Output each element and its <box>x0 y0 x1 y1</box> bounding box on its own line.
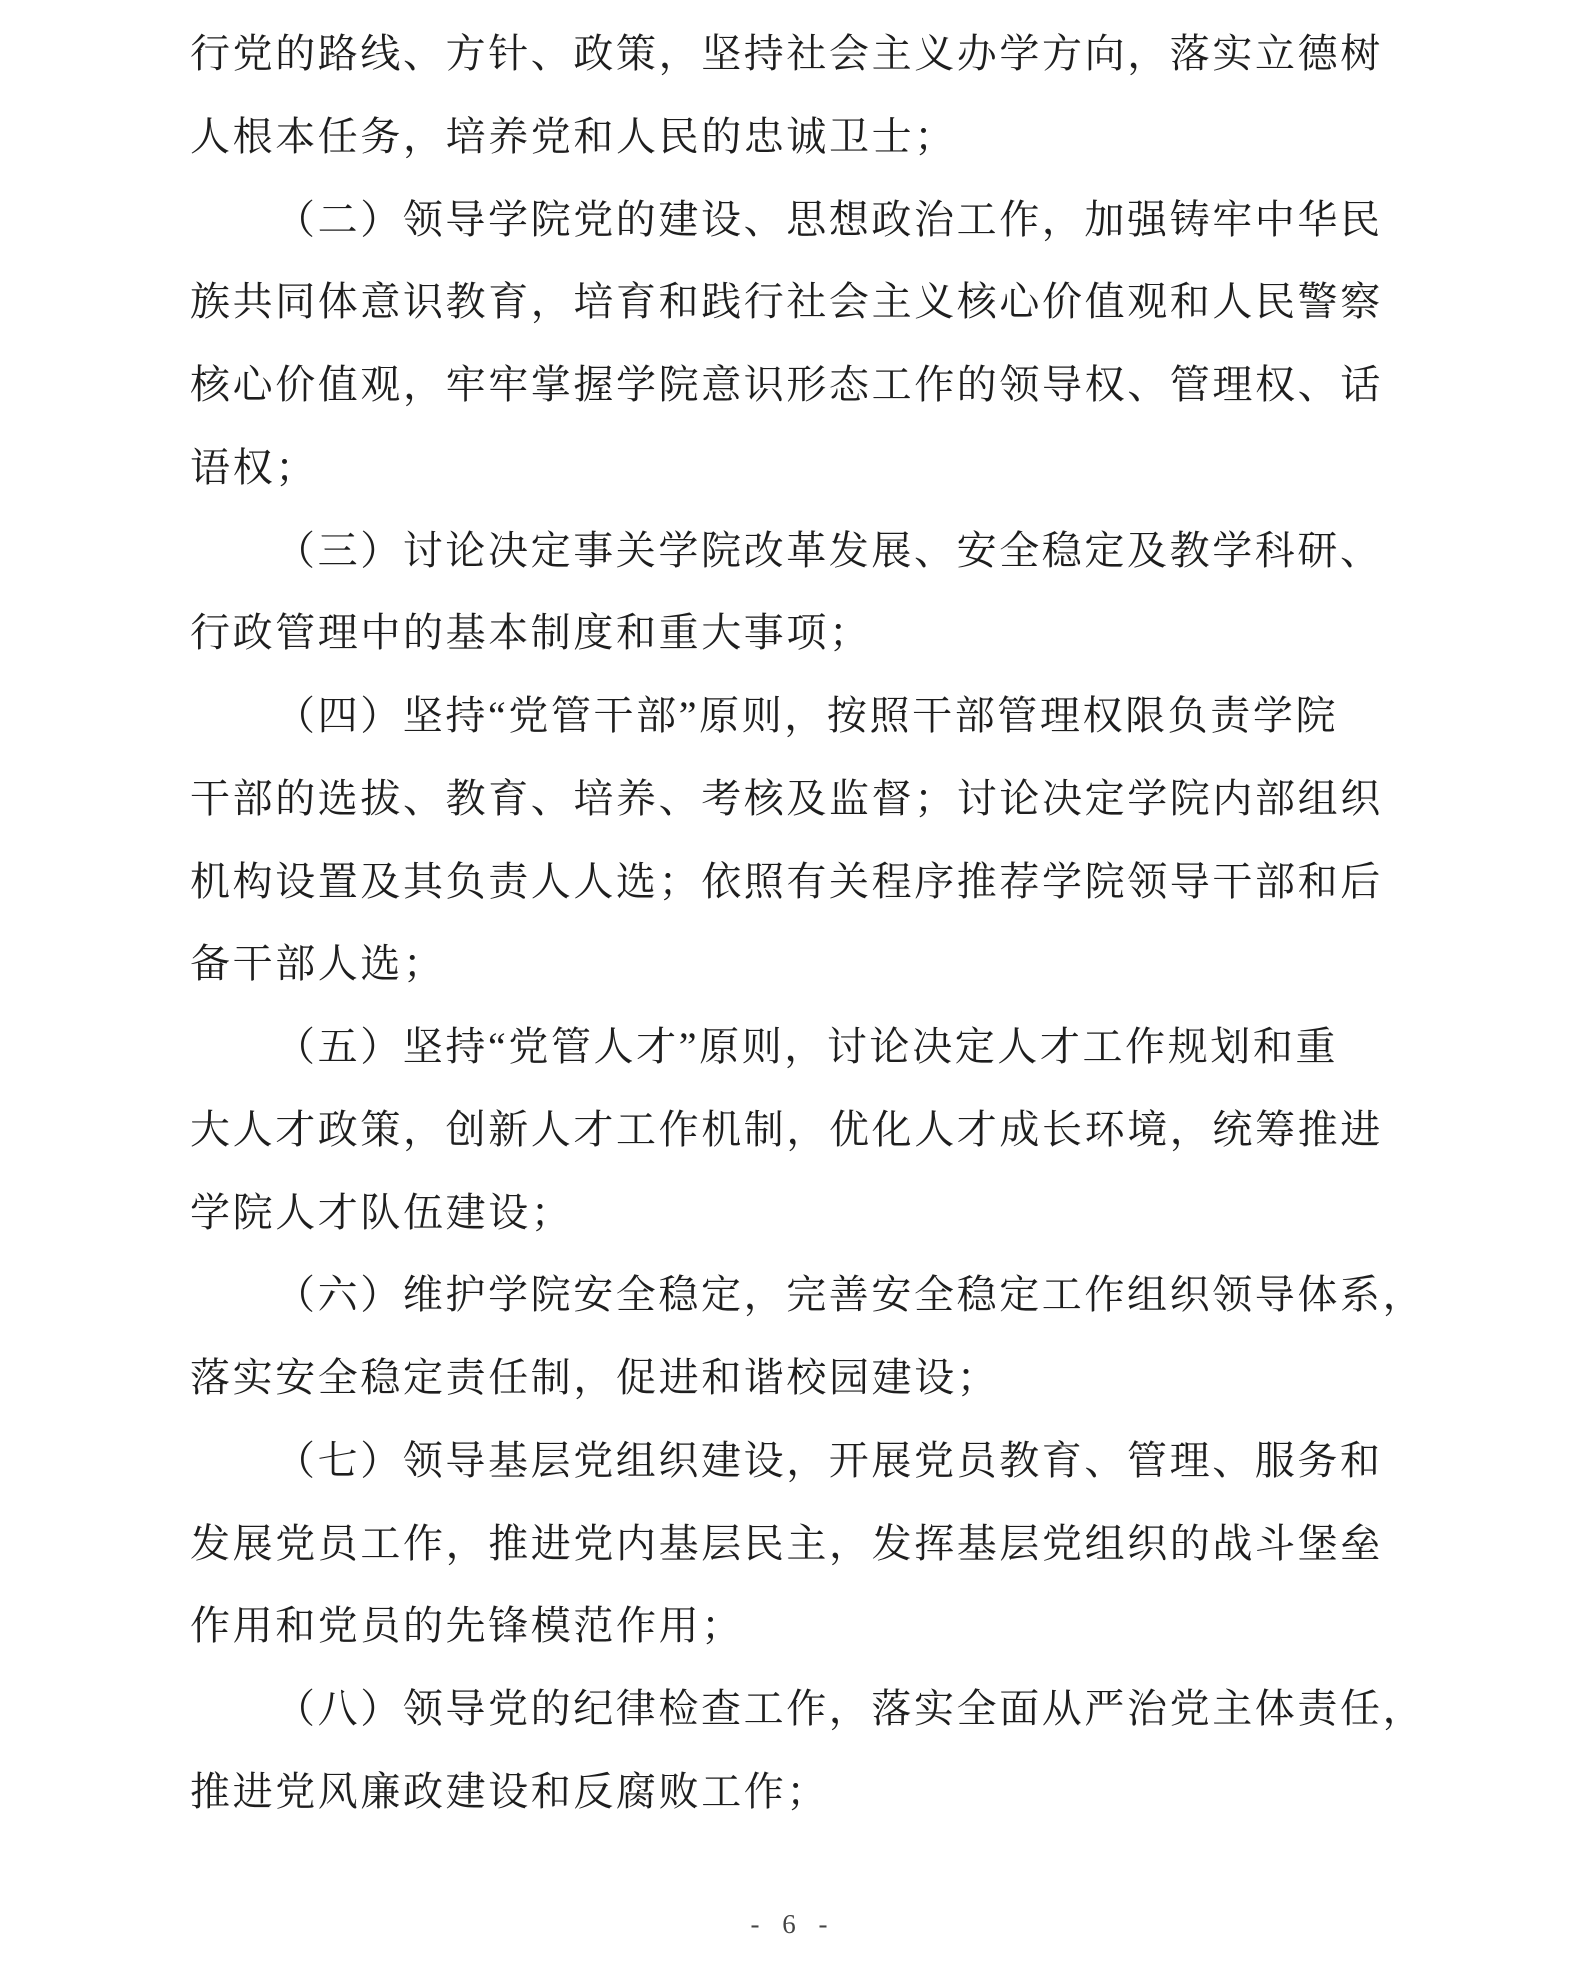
text-line: 族共同体意识教育，培育和践行社会主义核心价值观和人民警察 <box>190 261 1390 344</box>
paragraph-continued: 行党的路线、方针、政策，坚持社会主义办学方向，落实立德树 人根本任务，培养党和人… <box>190 13 1390 179</box>
document-page: 行党的路线、方针、政策，坚持社会主义办学方向，落实立德树 人根本任务，培养党和人… <box>0 0 1586 1964</box>
text-line: （七）领导基层党组织建设，开展党员教育、管理、服务和 <box>190 1420 1390 1503</box>
paragraph-item-3: （三）讨论决定事关学院改革发展、安全稳定及教学科研、 行政管理中的基本制度和重大… <box>190 510 1390 676</box>
text-line: （二）领导学院党的建设、思想政治工作，加强铸牢中华民 <box>190 179 1390 262</box>
text-line: 发展党员工作，推进党内基层民主，发挥基层党组织的战斗堡垒 <box>190 1503 1390 1586</box>
text-line: 行党的路线、方针、政策，坚持社会主义办学方向，落实立德树 <box>190 13 1390 96</box>
text-line: 核心价值观，牢牢掌握学院意识形态工作的领导权、管理权、话 <box>190 344 1390 427</box>
text-line: （五）坚持“党管人才”原则，讨论决定人才工作规划和重 <box>190 1006 1390 1089</box>
paragraph-item-8: （八）领导党的纪律检查工作，落实全面从严治党主体责任， 推进党风廉政建设和反腐败… <box>190 1668 1390 1834</box>
paragraph-item-5: （五）坚持“党管人才”原则，讨论决定人才工作规划和重 大人才政策，创新人才工作机… <box>190 1006 1390 1254</box>
paragraph-item-7: （七）领导基层党组织建设，开展党员教育、管理、服务和 发展党员工作，推进党内基层… <box>190 1420 1390 1668</box>
text-line: 学院人才队伍建设； <box>190 1172 1390 1255</box>
text-line: 推进党风廉政建设和反腐败工作； <box>190 1751 1390 1834</box>
text-line: 人根本任务，培养党和人民的忠诚卫士； <box>190 96 1390 179</box>
text-line: （三）讨论决定事关学院改革发展、安全稳定及教学科研、 <box>190 510 1390 593</box>
text-line: 备干部人选； <box>190 923 1390 1006</box>
page-number: - 6 - <box>693 1904 893 1944</box>
text-line: 机构设置及其负责人人选；依照有关程序推荐学院领导干部和后 <box>190 841 1390 924</box>
text-line: 作用和党员的先锋模范作用； <box>190 1585 1390 1668</box>
text-line: 语权； <box>190 427 1390 510</box>
text-line: 干部的选拔、教育、培养、考核及监督；讨论决定学院内部组织 <box>190 758 1390 841</box>
text-line: （六）维护学院安全稳定，完善安全稳定工作组织领导体系， <box>190 1254 1390 1337</box>
text-line: 行政管理中的基本制度和重大事项； <box>190 592 1390 675</box>
text-line: 大人才政策，创新人才工作机制，优化人才成长环境，统筹推进 <box>190 1089 1390 1172</box>
paragraph-item-6: （六）维护学院安全稳定，完善安全稳定工作组织领导体系， 落实安全稳定责任制，促进… <box>190 1254 1390 1420</box>
paragraph-item-2: （二）领导学院党的建设、思想政治工作，加强铸牢中华民 族共同体意识教育，培育和践… <box>190 179 1390 510</box>
paragraph-item-4: （四）坚持“党管干部”原则，按照干部管理权限负责学院 干部的选拔、教育、培养、考… <box>190 675 1390 1006</box>
text-line: （八）领导党的纪律检查工作，落实全面从严治党主体责任， <box>190 1668 1390 1751</box>
body-text: 行党的路线、方针、政策，坚持社会主义办学方向，落实立德树 人根本任务，培养党和人… <box>190 13 1390 1834</box>
text-line: 落实安全稳定责任制，促进和谐校园建设； <box>190 1337 1390 1420</box>
text-line: （四）坚持“党管干部”原则，按照干部管理权限负责学院 <box>190 675 1390 758</box>
